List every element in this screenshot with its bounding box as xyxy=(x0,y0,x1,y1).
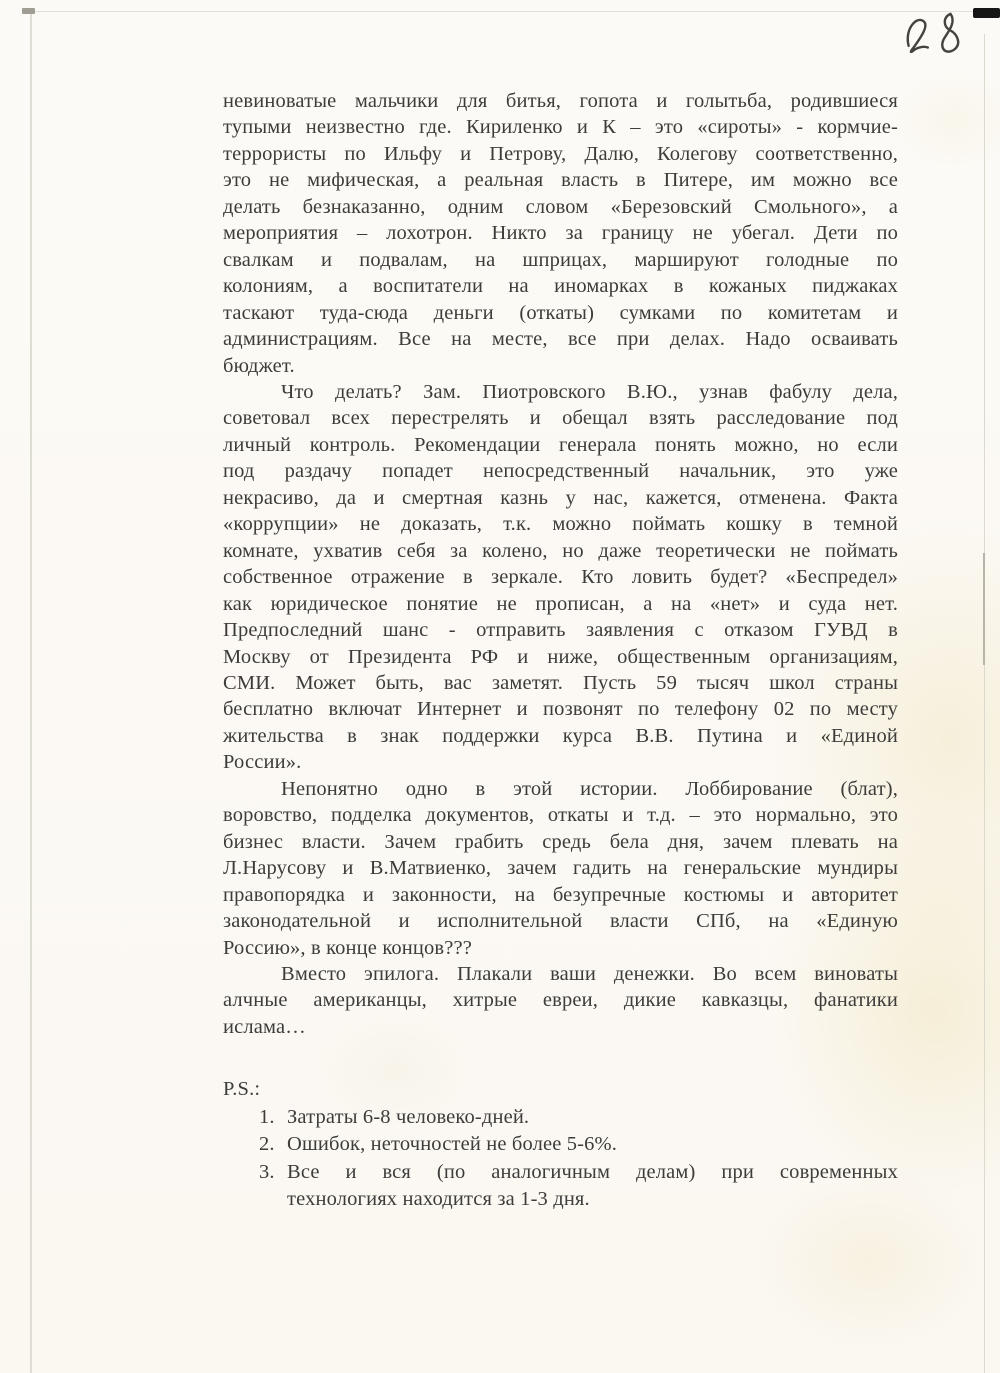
paper-left-edge-line xyxy=(30,11,32,1373)
body-paragraphs: невиноватые мальчики для битья, гопота и… xyxy=(223,88,898,1040)
ps-item-text: Затраты 6-8 человеко-дней. xyxy=(287,1104,898,1132)
text-line: невиноватые мальчики для битья, гопота и… xyxy=(223,88,898,114)
paper-right-edge-dark-segment xyxy=(983,553,985,665)
text-line: администрациям. Все на месте, все при де… xyxy=(223,326,898,352)
ps-item-text: Все и вся (по аналогичным делам) при сов… xyxy=(287,1159,898,1214)
scanned-document-page: невиноватые мальчики для битья, гопота и… xyxy=(0,0,1000,1373)
ps-list-item: 1.Затраты 6-8 человеко-дней. xyxy=(223,1104,898,1132)
text-line: Непонятно одно в этой истории. Лоббирова… xyxy=(223,776,898,802)
text-line: некрасиво, да и смертная казнь у нас, ка… xyxy=(223,485,898,511)
handwritten-page-number xyxy=(898,6,972,67)
text-line: террористы по Ильфу и Петрову, Далю, Кол… xyxy=(223,141,898,167)
paragraph: Непонятно одно в этой истории. Лоббирова… xyxy=(223,776,898,961)
text-line: собственное отражение в зеркале. Кто лов… xyxy=(223,564,898,590)
text-line: под раздачу попадет непосредственный нач… xyxy=(223,458,898,484)
ps-item-number: 2. xyxy=(259,1131,287,1159)
text-line: свалкам и подвалам, на шприцах, марширую… xyxy=(223,247,898,273)
scan-topleft-mark xyxy=(22,8,35,14)
paragraph: Что делать? Зам. Пиотровского В.Ю., узна… xyxy=(223,379,898,776)
text-line: ислама… xyxy=(223,1014,898,1040)
scan-corner-mark xyxy=(973,8,1000,18)
text-line: законодательной и исполнительной власти … xyxy=(223,908,898,934)
text-line: мероприятия – лохотрон. Никто за границу… xyxy=(223,220,898,246)
text-line: Затраты 6-8 человеко-дней. xyxy=(287,1104,898,1132)
text-line: СМИ. Может быть, вас заметят. Пусть 59 т… xyxy=(223,670,898,696)
postscript-section: P.S.: 1.Затраты 6-8 человеко-дней.2.Ошиб… xyxy=(223,1076,898,1214)
text-line: Предпоследний шанс - отправить заявления… xyxy=(223,617,898,643)
text-line: это не мифическая, а реальная власть в П… xyxy=(223,167,898,193)
text-line: технологиях находится за 1-3 дня. xyxy=(287,1186,898,1214)
text-line: как юридическое понятие не прописан, а н… xyxy=(223,591,898,617)
text-line: Москву от Президента РФ и ниже, обществе… xyxy=(223,644,898,670)
text-line: Россию», в конце концов??? xyxy=(223,935,898,961)
text-line: Вместо эпилога. Плакали ваши денежки. Во… xyxy=(223,961,898,987)
ps-list-item: 2.Ошибок, неточностей не более 5-6%. xyxy=(223,1131,898,1159)
ps-item-number: 1. xyxy=(259,1104,287,1132)
text-line: воровство, подделка документов, откаты и… xyxy=(223,802,898,828)
text-line: России». xyxy=(223,749,898,775)
text-line: советовал всех перестрелять и обещал взя… xyxy=(223,405,898,431)
text-line: Все и вся (по аналогичным делам) при сов… xyxy=(287,1159,898,1187)
text-line: бизнес власти. Зачем грабить средь бела … xyxy=(223,829,898,855)
paper-right-edge-line xyxy=(984,34,985,1373)
handwritten-28-strokes xyxy=(898,6,972,67)
text-line: Л.Нарусову и В.Матвиенко, зачем гадить н… xyxy=(223,855,898,881)
text-line: тупыми неизвестно где. Кириленко и К – э… xyxy=(223,114,898,140)
text-line: правопорядка и законности, на безупречны… xyxy=(223,882,898,908)
text-line: алчные американцы, хитрые евреи, дикие к… xyxy=(223,987,898,1013)
ps-label: P.S.: xyxy=(223,1076,898,1104)
text-line: личный контроль. Рекомендации генерала п… xyxy=(223,432,898,458)
ps-item-text: Ошибок, неточностей не более 5-6%. xyxy=(287,1131,898,1159)
text-line: делать безнаказанно, одним словом «Берез… xyxy=(223,194,898,220)
text-line: жительства в знак поддержки курса В.В. П… xyxy=(223,723,898,749)
paragraph: Вместо эпилога. Плакали ваши денежки. Во… xyxy=(223,961,898,1040)
text-line: Что делать? Зам. Пиотровского В.Ю., узна… xyxy=(223,379,898,405)
text-line: «коррупции» не доказать, т.к. можно пойм… xyxy=(223,511,898,537)
paper-top-edge-line xyxy=(28,11,996,12)
text-line: комнате, ухватив себя за колено, но даже… xyxy=(223,538,898,564)
text-line: таскают туда-сюда деньги (откаты) сумкам… xyxy=(223,300,898,326)
ps-item-number: 3. xyxy=(259,1159,287,1214)
ps-list: 1.Затраты 6-8 человеко-дней.2.Ошибок, не… xyxy=(223,1104,898,1214)
text-line: бюджет. xyxy=(223,353,898,379)
document-text: невиноватые мальчики для битья, гопота и… xyxy=(223,88,898,1214)
text-line: Ошибок, неточностей не более 5-6%. xyxy=(287,1131,898,1159)
ps-list-item: 3.Все и вся (по аналогичным делам) при с… xyxy=(223,1159,898,1214)
text-line: бесплатно включат Интернет и позвонят по… xyxy=(223,696,898,722)
paragraph: невиноватые мальчики для битья, гопота и… xyxy=(223,88,898,379)
text-line: колониям, а воспитатели на иномарках в к… xyxy=(223,273,898,299)
